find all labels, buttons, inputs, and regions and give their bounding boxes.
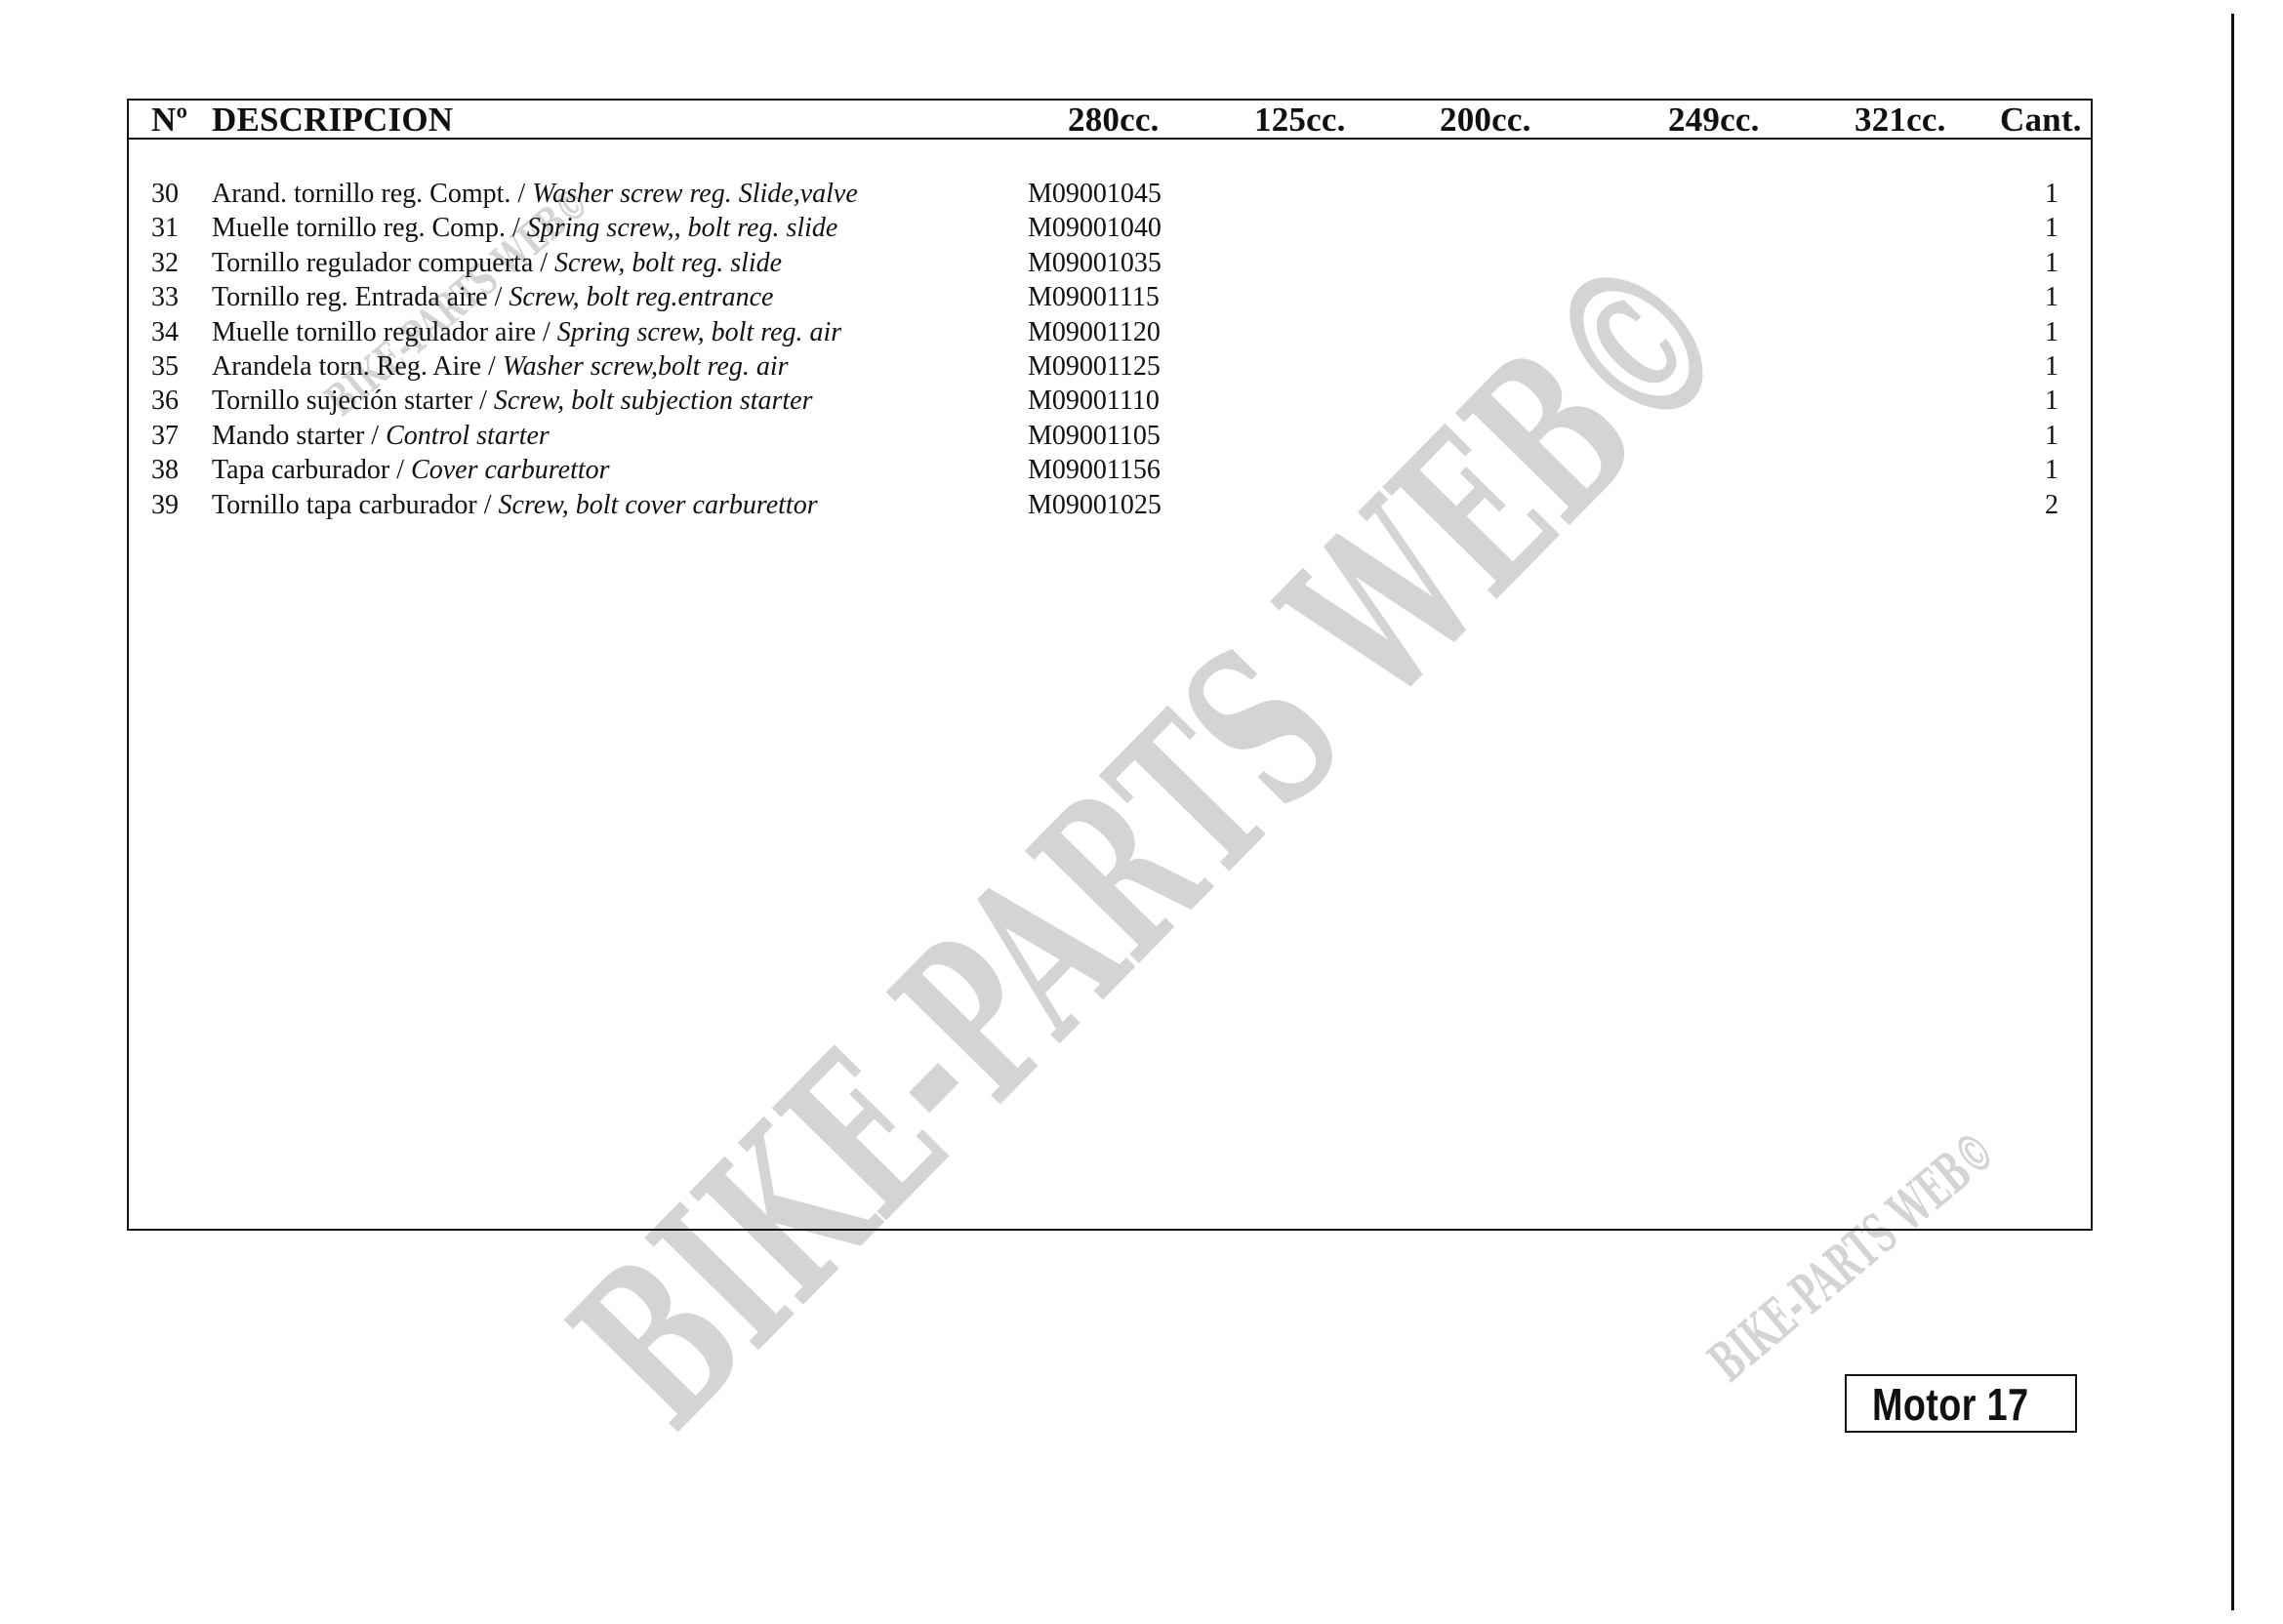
quantity: 1	[2045, 419, 2059, 453]
row-description: Tornillo regulador compuerta / Screw, bo…	[212, 246, 782, 280]
part-number-280cc: M09001125	[1028, 349, 1161, 384]
header-321cc: 321cc.	[1855, 101, 1946, 138]
row-number: 32	[151, 246, 179, 280]
description-english: Control starter	[386, 421, 550, 451]
row-description: Muelle tornillo reg. Comp. / Spring scre…	[212, 211, 837, 245]
description-english: Cover carburettor	[411, 455, 610, 485]
table-row: 33 Tornillo reg. Entrada aire / Screw, b…	[129, 280, 2091, 314]
description-spanish: Muelle tornillo reg. Comp. /	[212, 213, 527, 243]
description-spanish: Arand. tornillo reg. Compt. /	[212, 179, 532, 209]
row-number: 31	[151, 211, 179, 245]
part-number-280cc: M09001110	[1028, 384, 1160, 418]
row-description: Tapa carburador / Cover carburettor	[212, 453, 610, 487]
quantity: 1	[2045, 349, 2059, 384]
page-label: Motor 17	[1872, 1380, 2028, 1429]
description-english: Spring screw, bolt reg. air	[557, 317, 841, 347]
description-spanish: Tornillo tapa carburador /	[212, 490, 498, 520]
table-row: 31 Muelle tornillo reg. Comp. / Spring s…	[129, 211, 2091, 245]
description-english: Screw, bolt subjection starter	[494, 386, 813, 416]
description-spanish: Arandela torn. Reg. Aire /	[212, 351, 503, 382]
quantity: 2	[2045, 488, 2059, 522]
header-200cc: 200cc.	[1440, 101, 1531, 138]
part-number-280cc: M09001040	[1028, 211, 1162, 245]
quantity: 1	[2045, 384, 2059, 418]
table-row: 39 Tornillo tapa carburador / Screw, bol…	[129, 488, 2091, 522]
table-row: 35 Arandela torn. Reg. Aire / Washer scr…	[129, 349, 2091, 384]
quantity: 1	[2045, 246, 2059, 280]
row-description: Tornillo tapa carburador / Screw, bolt c…	[212, 488, 818, 522]
description-english: Screw, bolt reg.entrance	[509, 282, 773, 312]
table-row: 32 Tornillo regulador compuerta / Screw,…	[129, 246, 2091, 280]
header-280cc: 280cc.	[1068, 101, 1160, 138]
quantity: 1	[2045, 280, 2059, 314]
row-description: Mando starter / Control starter	[212, 419, 550, 453]
part-number-280cc: M09001105	[1028, 419, 1161, 453]
quantity: 1	[2045, 315, 2059, 349]
row-number: 30	[151, 177, 179, 211]
row-description: Tornillo sujeción starter / Screw, bolt …	[212, 384, 813, 418]
quantity: 1	[2045, 211, 2059, 245]
part-number-280cc: M09001045	[1028, 177, 1162, 211]
description-english: Screw, bolt cover carburettor	[498, 490, 817, 520]
description-spanish: Mando starter /	[212, 421, 386, 451]
description-spanish: Tornillo reg. Entrada aire /	[212, 282, 509, 312]
description-spanish: Tornillo regulador compuerta /	[212, 248, 554, 278]
page-label-badge: Motor 17	[1845, 1374, 2077, 1433]
header-quantity: Cant.	[2000, 101, 2082, 138]
header-125cc: 125cc.	[1254, 101, 1346, 138]
quantity: 1	[2045, 453, 2059, 487]
table-row: 34 Muelle tornillo regulador aire / Spri…	[129, 315, 2091, 349]
row-description: Arand. tornillo reg. Compt. / Washer scr…	[212, 177, 858, 211]
description-spanish: Muelle tornillo regulador aire /	[212, 317, 557, 347]
row-number: 38	[151, 453, 179, 487]
row-description: Arandela torn. Reg. Aire / Washer screw,…	[212, 349, 789, 384]
scan-edge-line	[2231, 14, 2234, 1610]
header-divider	[129, 138, 2091, 140]
part-number-280cc: M09001035	[1028, 246, 1162, 280]
row-description: Muelle tornillo regulador aire / Spring …	[212, 315, 841, 349]
description-english: Screw, bolt reg. slide	[554, 248, 782, 278]
row-number: 33	[151, 280, 179, 314]
header-no: Nº	[151, 101, 187, 138]
table-row: 37 Mando starter / Control starter M0900…	[129, 419, 2091, 453]
row-number: 35	[151, 349, 179, 384]
description-spanish: Tapa carburador /	[212, 455, 411, 485]
description-english: Washer screw,bolt reg. air	[503, 351, 789, 382]
table-row: 36 Tornillo sujeción starter / Screw, bo…	[129, 384, 2091, 418]
description-english: Spring screw,, bolt reg. slide	[527, 213, 838, 243]
description-spanish: Tornillo sujeción starter /	[212, 386, 494, 416]
row-description: Tornillo reg. Entrada aire / Screw, bolt…	[212, 280, 774, 314]
header-249cc: 249cc.	[1668, 101, 1760, 138]
header-description: DESCRIPCION	[212, 101, 453, 138]
table-row: 38 Tapa carburador / Cover carburettor M…	[129, 453, 2091, 487]
table-row: 30 Arand. tornillo reg. Compt. / Washer …	[129, 177, 2091, 211]
parts-table: Nº DESCRIPCION 280cc. 125cc. 200cc. 249c…	[127, 99, 2093, 1231]
parts-list-page: BIKE-PARTS WEB© BIKE-PARTS WEB© BIKE-PAR…	[0, 0, 2283, 1624]
quantity: 1	[2045, 177, 2059, 211]
part-number-280cc: M09001120	[1028, 315, 1161, 349]
description-english: Washer screw reg. Slide,valve	[532, 179, 858, 209]
row-number: 39	[151, 488, 179, 522]
part-number-280cc: M09001025	[1028, 488, 1162, 522]
row-number: 37	[151, 419, 179, 453]
part-number-280cc: M09001115	[1028, 280, 1160, 314]
row-number: 36	[151, 384, 179, 418]
part-number-280cc: M09001156	[1028, 453, 1161, 487]
row-number: 34	[151, 315, 179, 349]
